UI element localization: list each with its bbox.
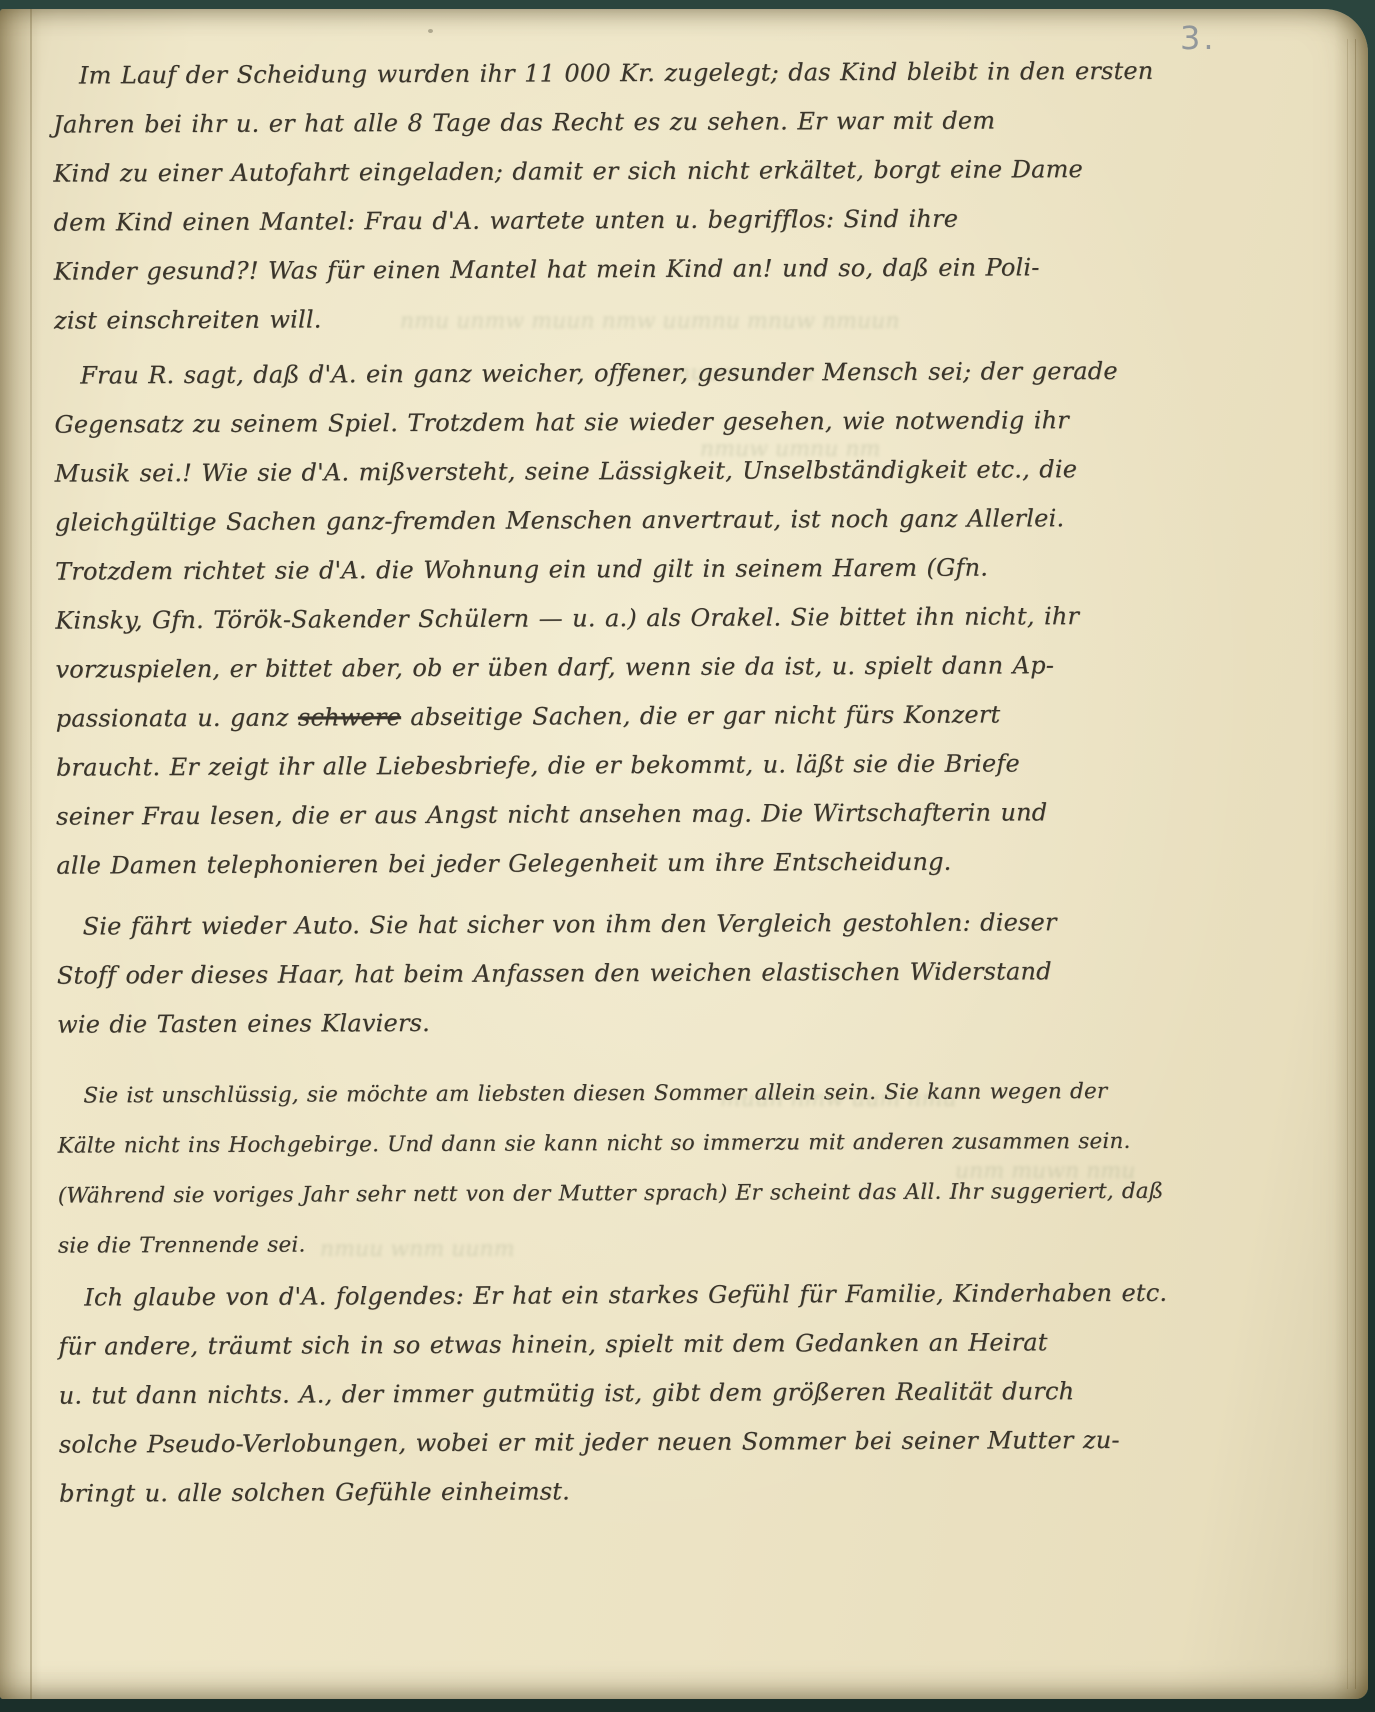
handwriting-line: wie die Tasten eines Klaviers. (57, 995, 1243, 1049)
handwriting-line: seiner Frau lesen, die er aus Angst nich… (56, 787, 1242, 841)
fore-edge-line (1347, 39, 1348, 1689)
handwriting-line: zist einschreiten will. (54, 291, 1240, 345)
paragraph: Ich glaube von d'A. folgendes: Er hat ei… (58, 1268, 1245, 1518)
handwriting-line: Trotzdem richtet sie d'A. die Wohnung ei… (55, 542, 1241, 596)
handwriting-line: dem Kind einen Mantel: Frau d'A. wartete… (53, 193, 1239, 247)
handwriting-line: Frau R. sagt, daß d'A. ein ganz weicher,… (54, 346, 1240, 400)
ink-speck (428, 29, 433, 33)
paragraph: Sie fährt wieder Auto. Sie hat sicher vo… (57, 897, 1244, 1049)
notebook-photo: { "manuscript": { "page_number": "3.", "… (0, 0, 1375, 1712)
handwriting-line: Kind zu einer Autofahrt eingeladen; dami… (53, 144, 1239, 198)
handwriting-line: Sie ist unschlüssig, sie möchte am liebs… (57, 1066, 1243, 1121)
handwriting-line-with-strikethrough: passionata u. ganz schwere abseitige Sac… (56, 689, 1242, 743)
handwriting-line: u. tut dann nichts. A., der immer gutmüt… (59, 1366, 1245, 1420)
handwriting-line: Gegensatz zu seinem Spiel. Trotzdem hat … (54, 395, 1240, 449)
handwriting-line: Stoff oder dieses Haar, hat beim Anfasse… (57, 946, 1243, 1000)
line-text: passionata u. ganz (56, 704, 298, 733)
handwriting-line: Ich glaube von d'A. folgendes: Er hat ei… (58, 1268, 1244, 1322)
handwriting-line: Kinder gesund?! Was für einen Mantel hat… (54, 242, 1240, 296)
handwriting-line: bringt u. alle solchen Gefühle einheimst… (59, 1464, 1245, 1518)
struck-out-word: schwere (298, 703, 401, 731)
paragraph: Im Lauf der Scheidung wurden ihr 11 000 … (53, 46, 1240, 345)
handwriting-line: sie die Trennende sei. (58, 1216, 1244, 1271)
page-fold-crease (30, 9, 32, 1699)
handwriting-line: Kinsky, Gfn. Török-Sakender Schülern — u… (55, 591, 1241, 645)
handwriting-line: gleichgültige Sachen ganz-fremden Mensch… (55, 493, 1241, 547)
handwriting-line: solche Pseudo-Verlobungen, wobei er mit … (59, 1415, 1245, 1469)
manuscript-page: 3. nmu unmw muun nmw uumnu mnuw nmuun um… (0, 9, 1368, 1699)
handwriting-line: Musik sei.! Wie sie d'A. mißversteht, se… (55, 444, 1241, 498)
handwriting-line: vorzuspielen, er bittet aber, ob er üben… (55, 640, 1241, 694)
handwriting-line: braucht. Er zeigt ihr alle Liebesbriefe,… (56, 738, 1242, 792)
paragraph: Frau R. sagt, daß d'A. ein ganz weicher,… (54, 346, 1242, 890)
handwriting-line: Jahren bei ihr u. er hat alle 8 Tage das… (53, 95, 1239, 149)
page-fore-edge (1334, 9, 1368, 1699)
paragraph: Sie ist unschlüssig, sie möchte am liebs… (57, 1066, 1244, 1271)
handwriting-line: Im Lauf der Scheidung wurden ihr 11 000 … (53, 46, 1239, 100)
fore-edge-line (1355, 39, 1356, 1689)
line-text: abseitige Sachen, die er gar nicht fürs … (401, 700, 1000, 731)
binding-gutter-shadow (0, 9, 42, 1699)
handwriting-line: Kälte nicht ins Hochgebirge. Und dann si… (57, 1116, 1243, 1171)
handwriting-line: für andere, träumt sich in so etwas hine… (58, 1317, 1244, 1371)
handwritten-text: Im Lauf der Scheidung wurden ihr 11 000 … (53, 46, 1245, 1518)
handwriting-line: Sie fährt wieder Auto. Sie hat sicher vo… (57, 897, 1243, 951)
handwriting-line: alle Damen telephonieren bei jeder Geleg… (56, 836, 1242, 890)
handwriting-line: (Während sie voriges Jahr sehr nett von … (58, 1166, 1244, 1221)
